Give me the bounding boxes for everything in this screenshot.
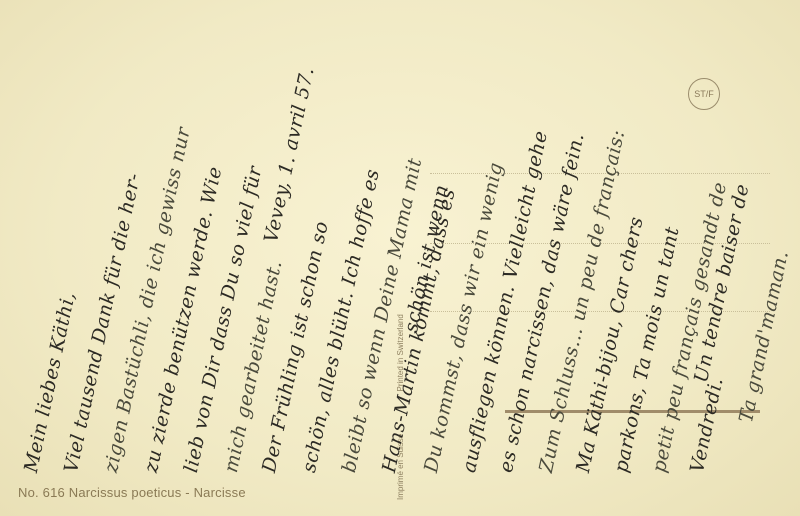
postcard-back: ST/F Imprimé en Suisse Printed in Switze… — [0, 0, 800, 516]
printed-caption: No. 616 Narcissus poeticus - Narcisse — [18, 485, 246, 500]
handwritten-line: Vevey, 1. avril 57. — [260, 65, 319, 244]
publisher-logo-icon: ST/F — [688, 78, 720, 110]
handwritten-line: Ta grand'maman. — [735, 249, 793, 425]
handwritten-line: Vendredi. — [686, 375, 728, 474]
